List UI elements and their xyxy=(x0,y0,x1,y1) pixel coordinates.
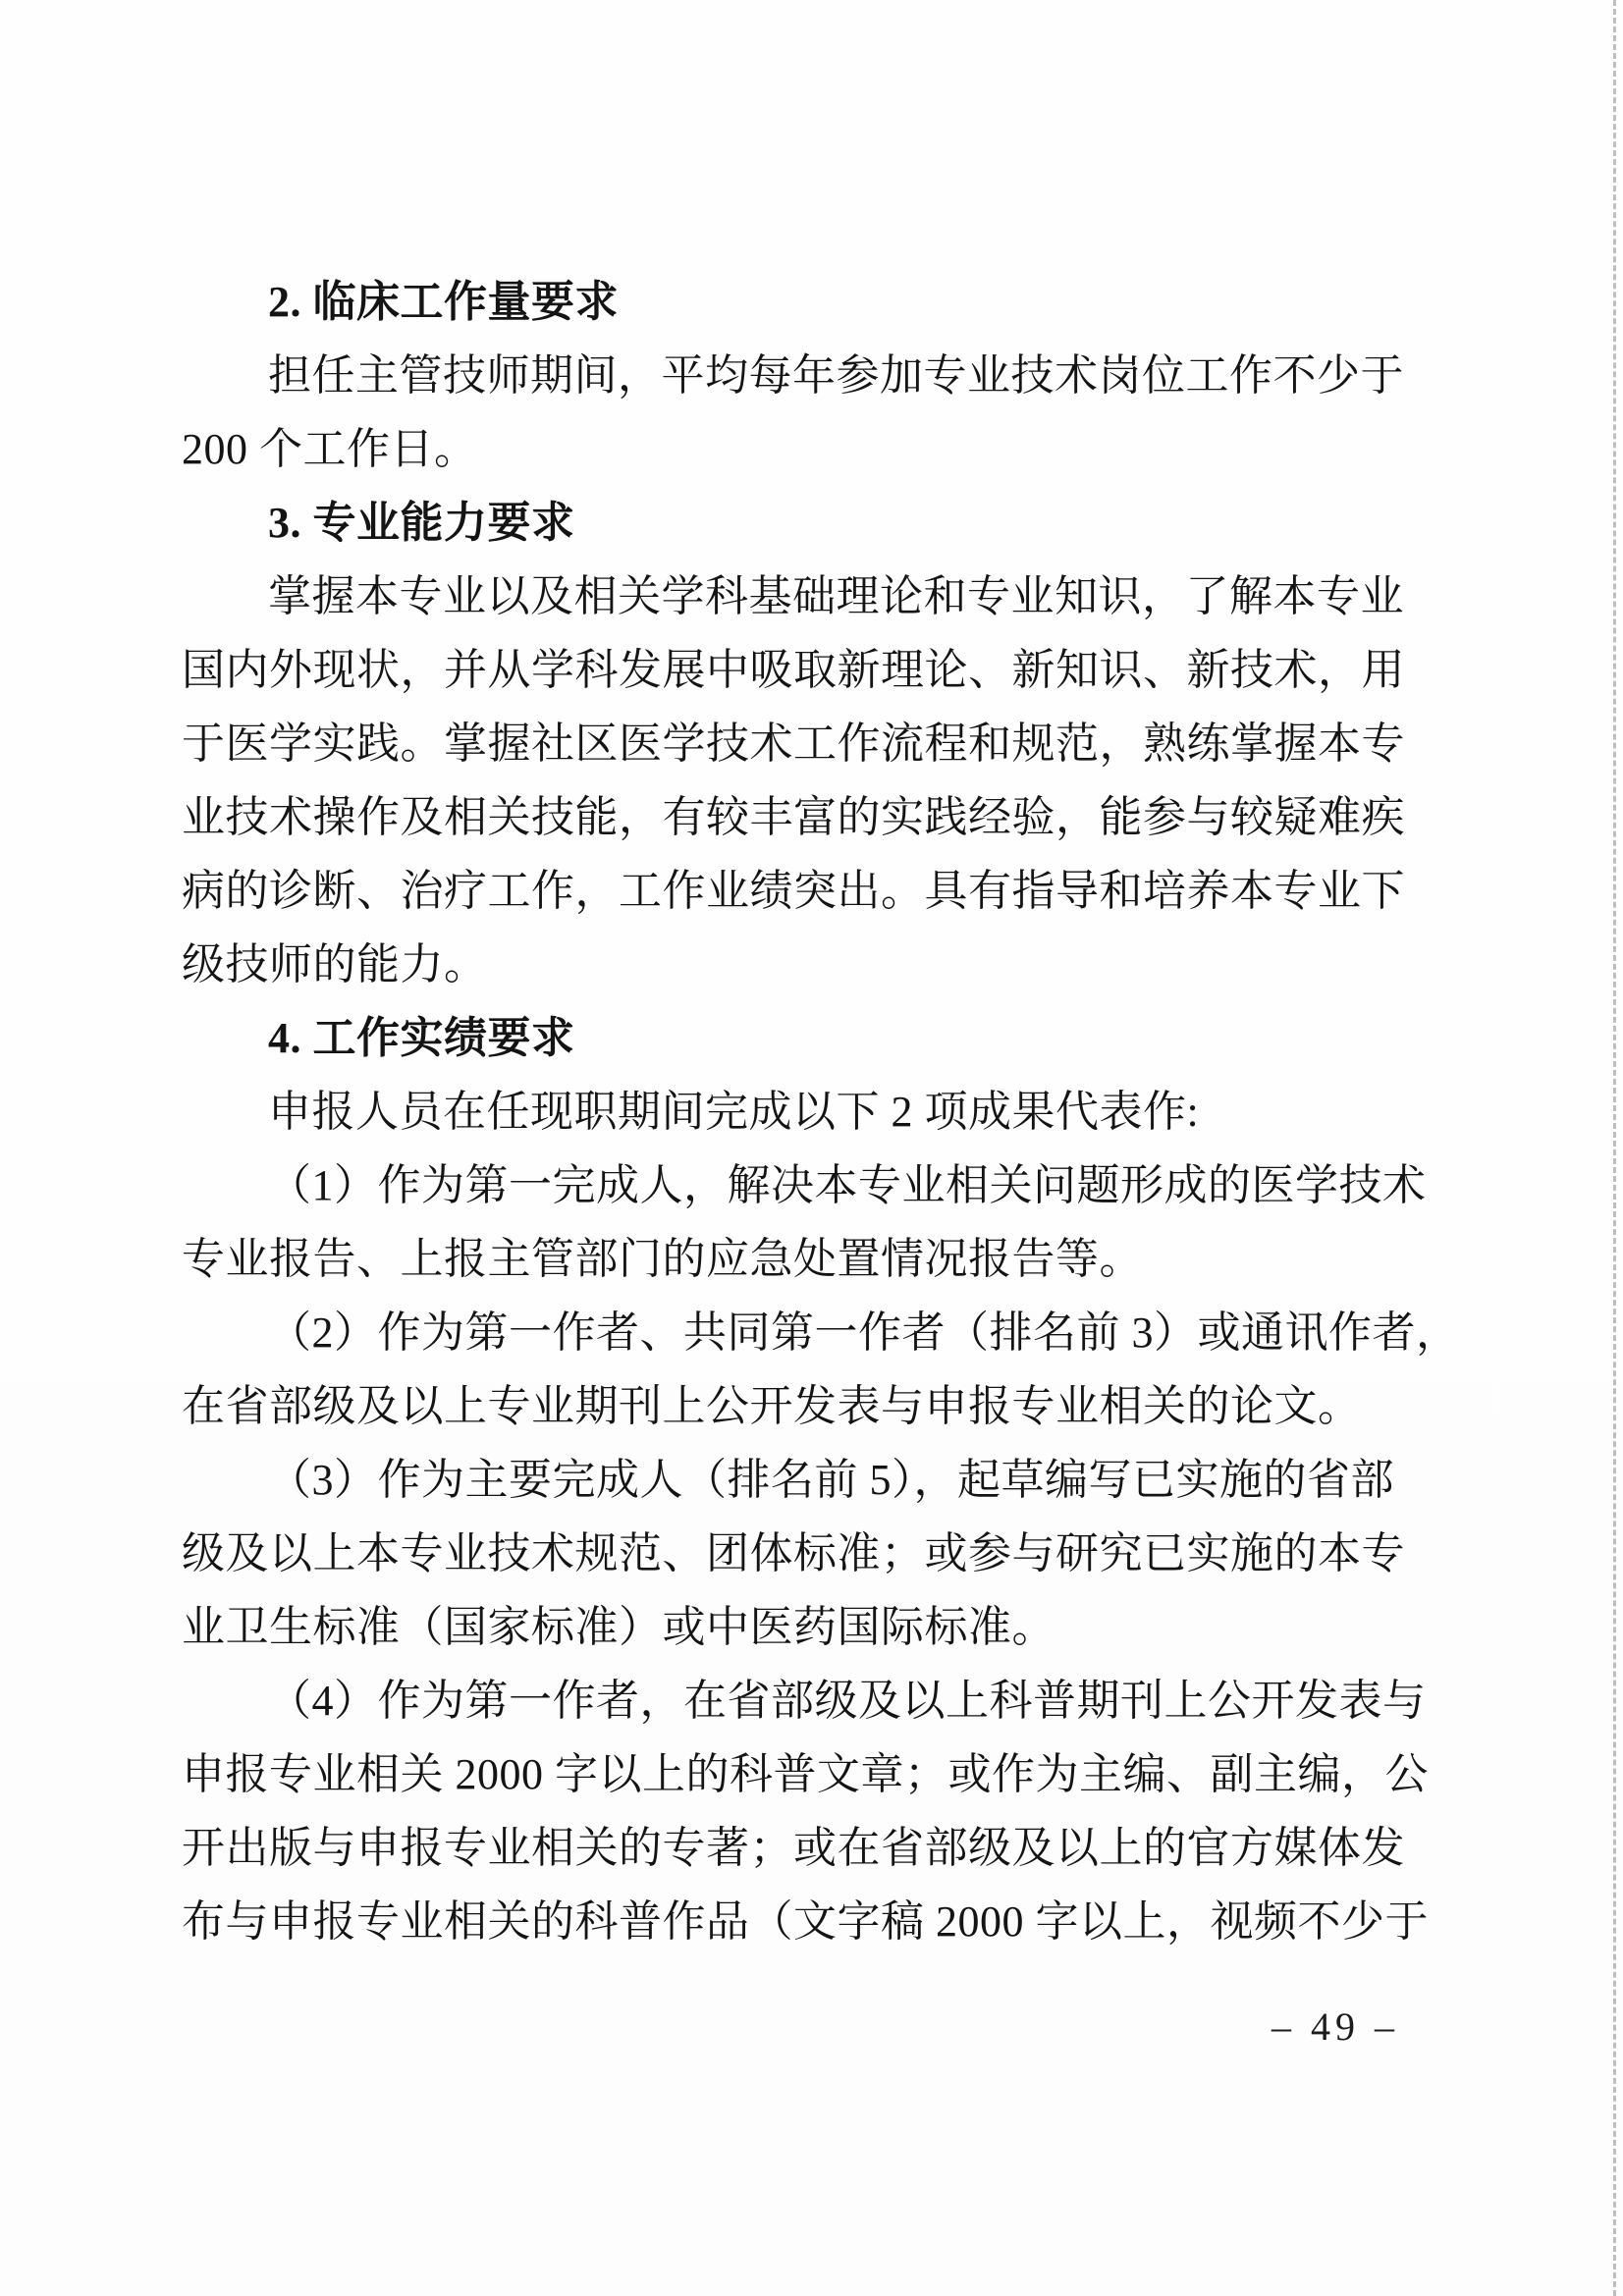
paragraph-line: 申报人员在任现职期间完成以下 2 项成果代表作: xyxy=(182,1075,1401,1148)
section-heading: 3. 专业能力要求 xyxy=(182,486,1401,560)
section-professional-ability: 3. 专业能力要求 掌握本专业以及相关学科基础理论和专业知识，了解本专业 国内外… xyxy=(182,486,1401,1001)
paragraph-line: 业技术操作及相关技能，有较丰富的实践经验，能参与较疑难疾 xyxy=(182,780,1401,854)
paragraph-line: 国内外现状，并从学科发展中吸取新理论、新知识、新技术，用 xyxy=(182,633,1401,707)
paragraph-line: （2）作为第一作者、共同第一作者（排名前 3）或通讯作者， xyxy=(182,1296,1401,1369)
scanned-document-page: 2. 临床工作量要求 担任主管技师期间，平均每年参加专业技术岗位工作不少于 20… xyxy=(0,0,1623,2296)
page-number: – 49 – xyxy=(1271,2002,1399,2052)
section-clinical-workload: 2. 临床工作量要求 担任主管技师期间，平均每年参加专业技术岗位工作不少于 20… xyxy=(182,265,1401,486)
document-body: 2. 临床工作量要求 担任主管技师期间，平均每年参加专业技术岗位工作不少于 20… xyxy=(182,265,1401,1958)
paragraph-line: （3）作为主要完成人（排名前 5），起草编写已实施的省部 xyxy=(182,1443,1401,1517)
paragraph-line: 于医学实践。掌握社区医学技术工作流程和规范，熟练掌握本专 xyxy=(182,707,1401,780)
paragraph-line: 在省部级及以上专业期刊上公开发表与申报专业相关的论文。 xyxy=(182,1369,1401,1443)
section-work-achievements: 4. 工作实绩要求 申报人员在任现职期间完成以下 2 项成果代表作: （1）作为… xyxy=(182,1001,1401,1958)
paragraph-line: 专业报告、上报主管部门的应急处置情况报告等。 xyxy=(182,1222,1401,1296)
paragraph-line: 病的诊断、治疗工作，工作业绩突出。具有指导和培养本专业下 xyxy=(182,854,1401,928)
paragraph-line: （1）作为第一完成人，解决本专业相关问题形成的医学技术 xyxy=(182,1148,1401,1222)
paragraph-line: 开出版与申报专业相关的专著；或在省部级及以上的官方媒体发 xyxy=(182,1811,1401,1885)
paragraph-line: 担任主管技师期间，平均每年参加专业技术岗位工作不少于 xyxy=(182,339,1401,412)
section-heading: 2. 临床工作量要求 xyxy=(182,265,1401,339)
paragraph-line: 掌握本专业以及相关学科基础理论和专业知识，了解本专业 xyxy=(182,560,1401,633)
paragraph-line: 布与申报专业相关的科普作品（文字稿 2000 字以上，视频不少于 xyxy=(182,1885,1401,1958)
paragraph-line: 200 个工作日。 xyxy=(182,412,1401,486)
paragraph-line: 级及以上本专业技术规范、团体标准；或参与研究已实施的本专 xyxy=(182,1517,1401,1590)
paragraph-line: 申报专业相关 2000 字以上的科普文章；或作为主编、副主编，公 xyxy=(182,1737,1401,1811)
paragraph-line: 级技师的能力。 xyxy=(182,928,1401,1001)
scan-edge-artifact xyxy=(1613,0,1616,2296)
paragraph-line: 业卫生标准（国家标准）或中医药国际标准。 xyxy=(182,1590,1401,1664)
section-heading: 4. 工作实绩要求 xyxy=(182,1001,1401,1075)
paragraph-line: （4）作为第一作者，在省部级及以上科普期刊上公开发表与 xyxy=(182,1664,1401,1737)
